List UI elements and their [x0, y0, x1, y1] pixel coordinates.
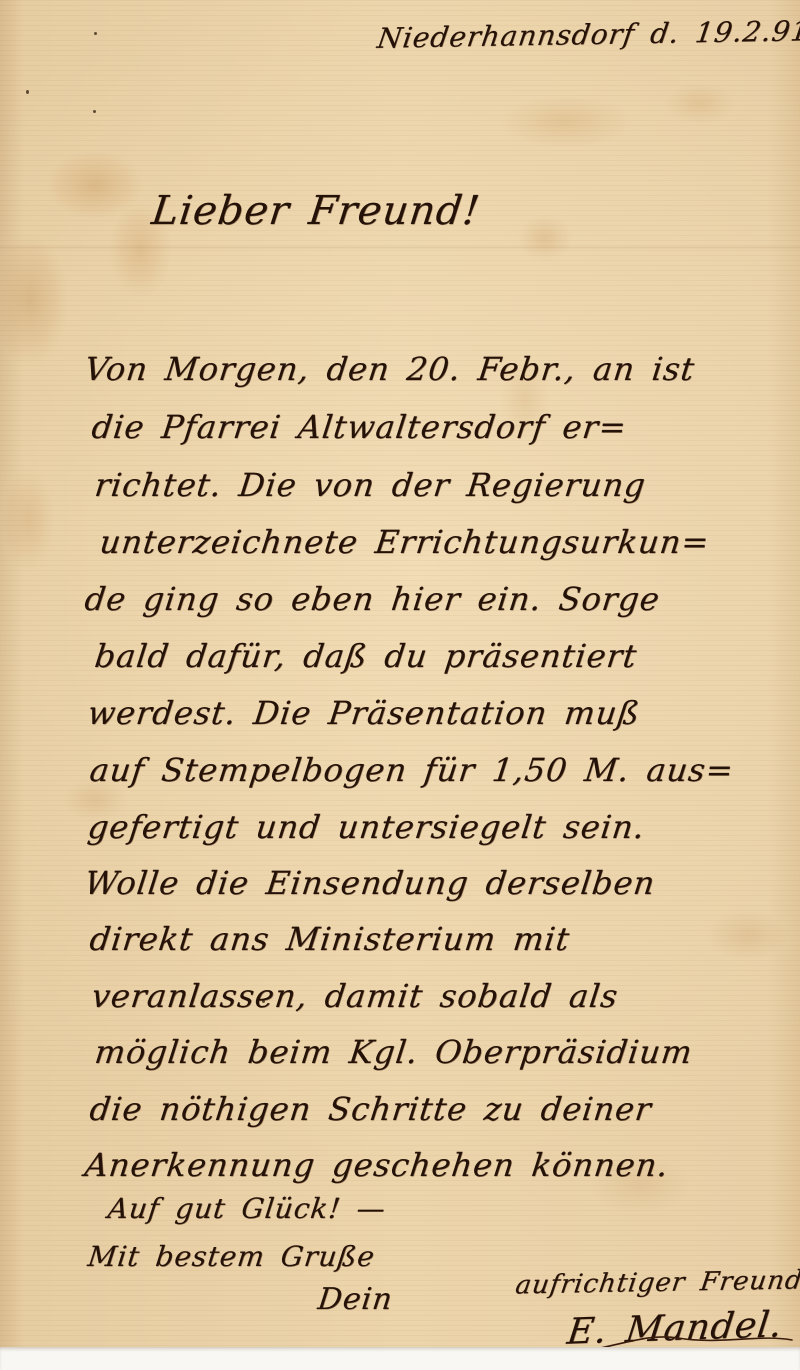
letter-valediction: Dein — [316, 1282, 395, 1317]
scan-background-strip — [0, 1347, 800, 1370]
paper-speck — [93, 110, 96, 113]
letter-closing-line: Auf gut Glück! — — [106, 1192, 388, 1225]
letter-body-line: richtet. Die von der Regierung — [93, 466, 648, 504]
letter-body-line: möglich beim Kgl. Oberpräsidium — [93, 1033, 695, 1071]
letter-body-line: unterzeichnete Errichtungsurkun= — [98, 523, 712, 561]
letter-body-line: Anerkennung geschehen können. — [83, 1146, 671, 1184]
letter-body-line: auf Stempelbogen für 1,50 M. aus= — [88, 751, 736, 789]
letter-body-line: direkt ans Ministerium mit — [88, 920, 572, 958]
paper-speck — [94, 32, 97, 35]
letter-valediction-right: aufrichtiger Freund — [514, 1266, 800, 1301]
letter-body-line: bald dafür, daß du präsentiert — [93, 637, 640, 675]
letter-closing-line: Mit bestem Gruße — [86, 1240, 377, 1273]
paper-crease — [0, 246, 800, 249]
letter-body-line: gefertigt und untersiegelt sein. — [86, 808, 648, 846]
letter-body-line: Wolle die Einsendung derselben — [83, 864, 658, 902]
letter-body-line: die nöthigen Schritte zu deiner — [88, 1090, 654, 1128]
letter-body-line: Von Morgen, den 20. Febr., an ist — [83, 350, 697, 388]
letter-body-line: de ging so eben hier ein. Sorge — [83, 580, 663, 618]
letter-body-line: werdest. Die Präsentation muß — [86, 694, 643, 732]
letter-body-line: die Pfarrei Altwaltersdorf er= — [90, 408, 629, 446]
letter-body-line: veranlassen, damit sobald als — [90, 977, 621, 1015]
paper-speck — [26, 90, 29, 94]
letter-salutation: Lieber Freund! — [149, 188, 483, 234]
